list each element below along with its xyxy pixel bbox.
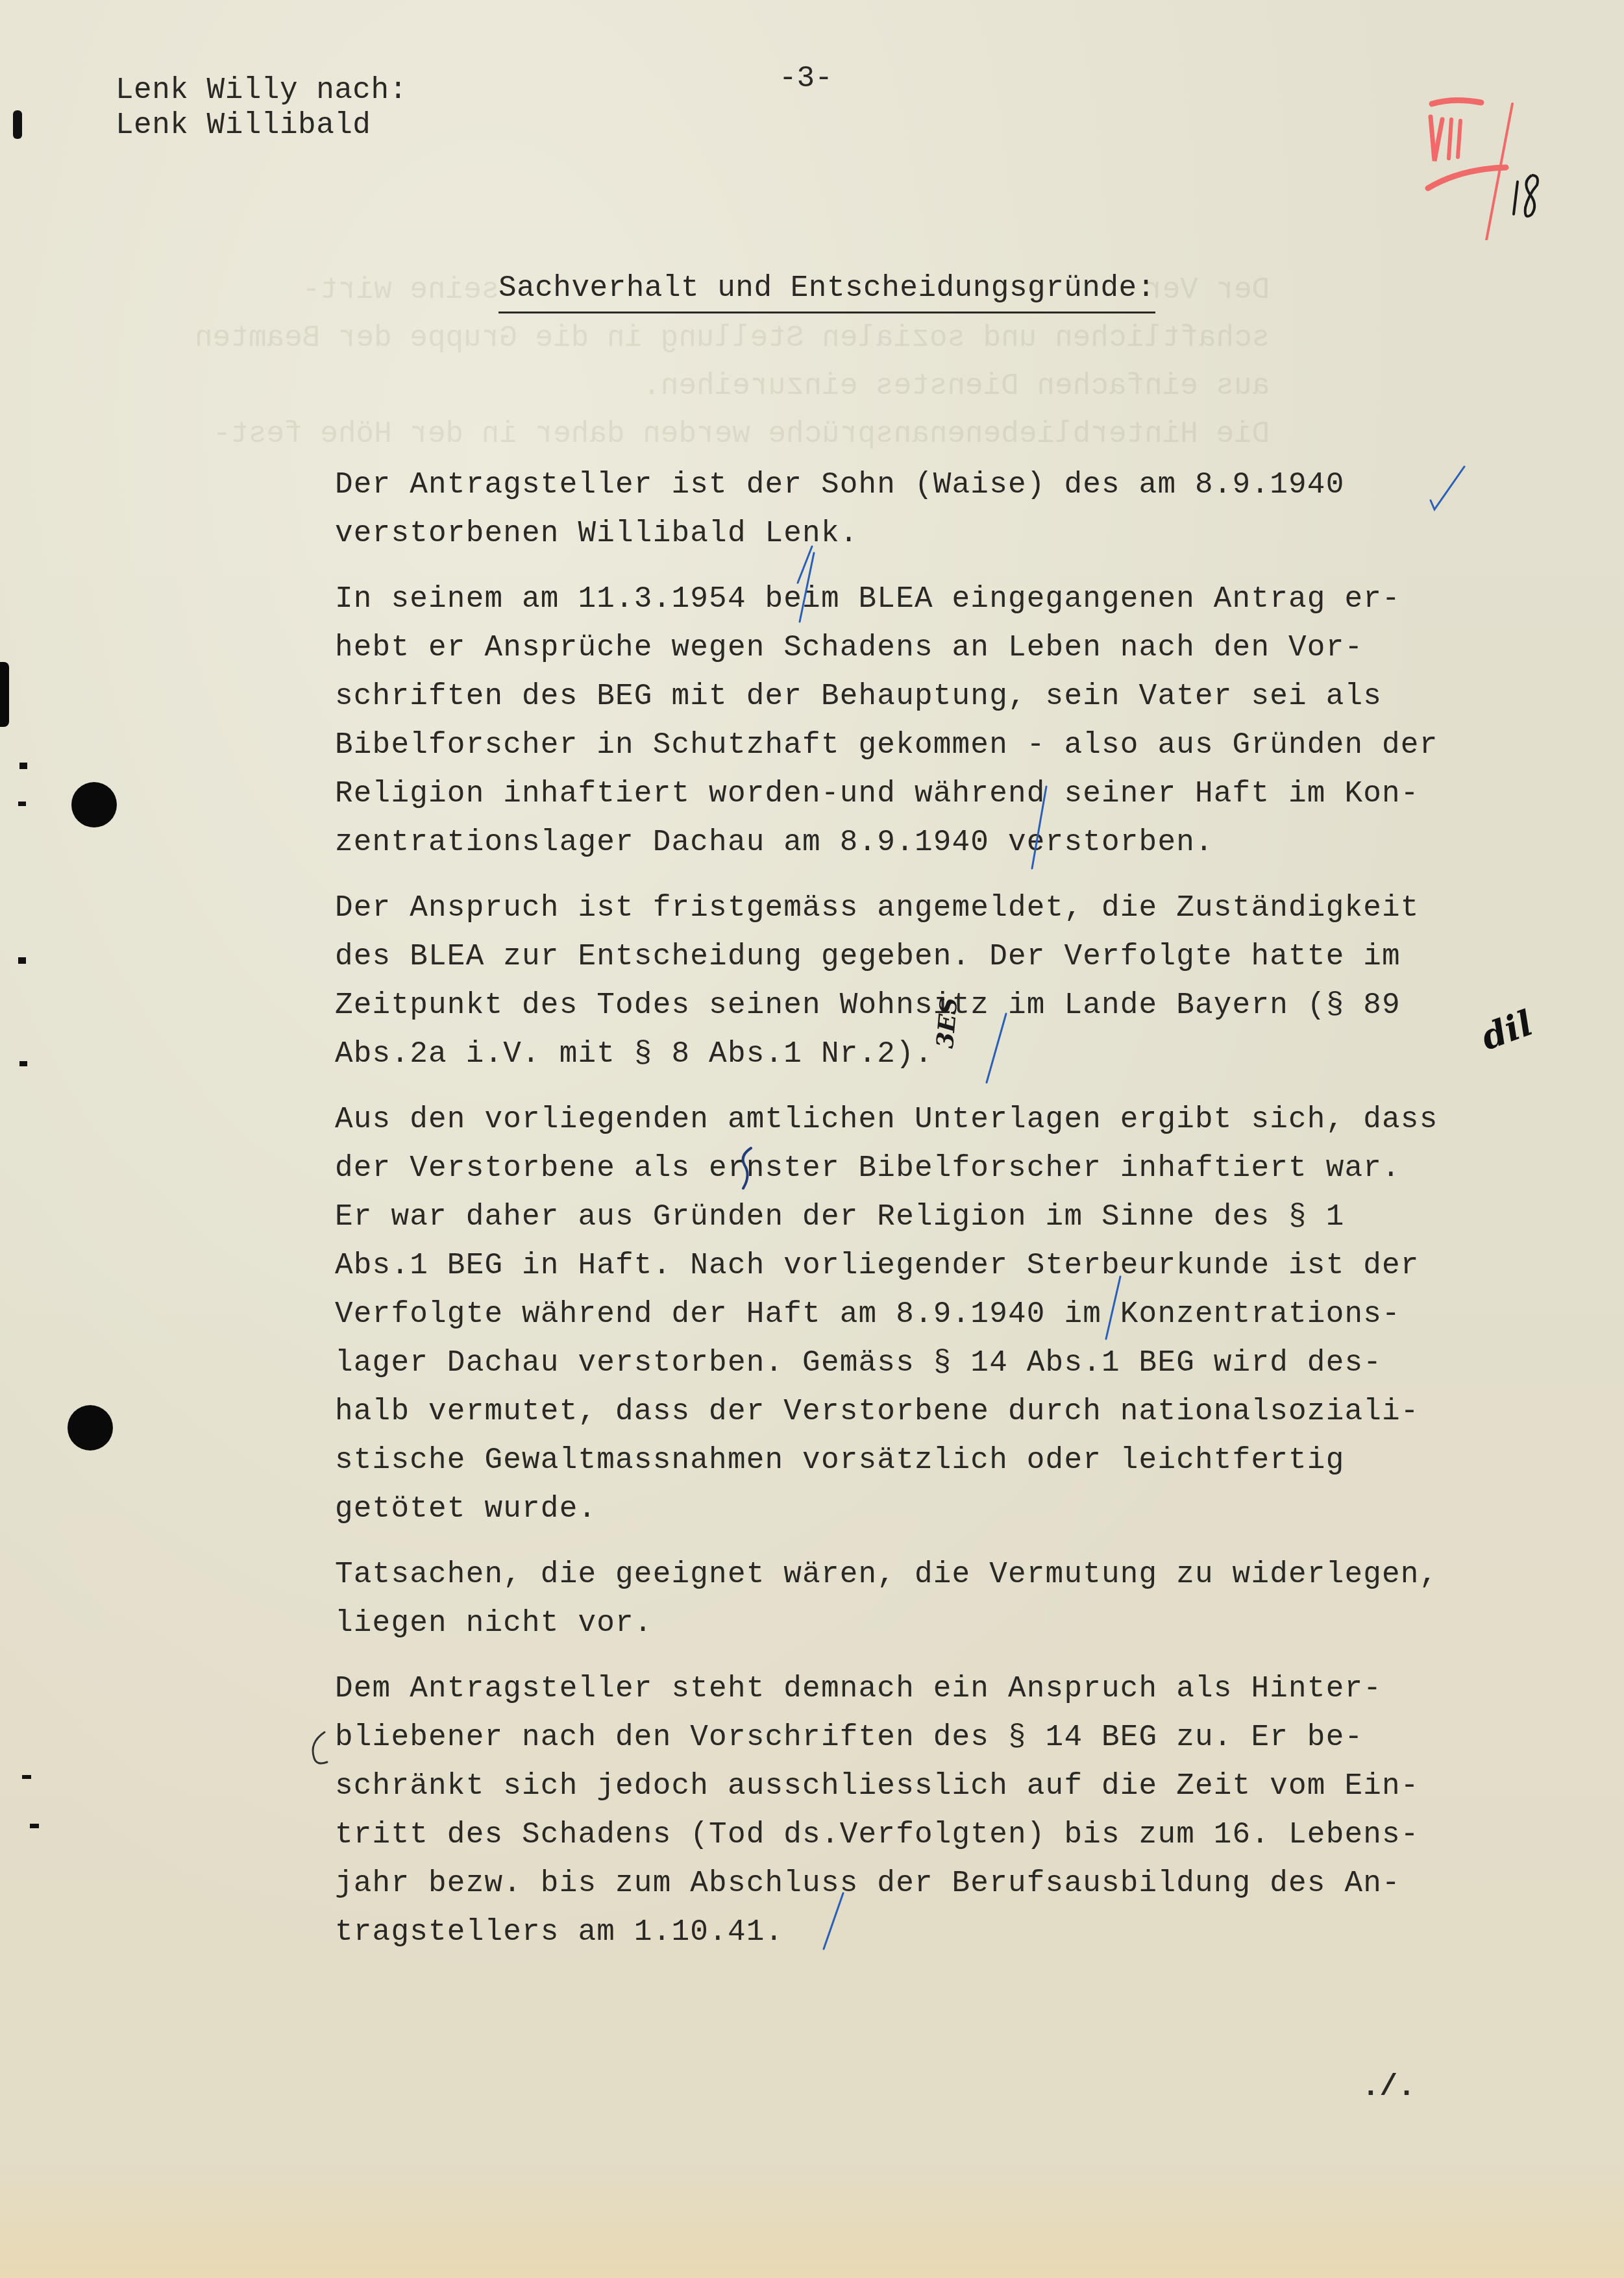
edge-mark: [30, 1824, 39, 1828]
edge-mark: [19, 763, 27, 769]
document-page: Der Ver seine wirt- schaftlichen und soz…: [0, 0, 1624, 2278]
edge-mark: [18, 802, 26, 806]
page-number: -3-: [779, 62, 833, 95]
text-line: Dem Antragsteller steht demnach ein Ansp…: [335, 1665, 1555, 1713]
text-line: Aus den vorliegenden amtlichen Unterlage…: [335, 1096, 1555, 1144]
edge-mark: [22, 1775, 31, 1779]
edge-mark: [13, 110, 22, 139]
continuation-mark: ./.: [1362, 2070, 1416, 2104]
text-line: hebt er Ansprüche wegen Schadens an Lebe…: [335, 624, 1555, 672]
correction-mark-icon: [737, 1145, 756, 1191]
paragraph-applicant: Der Antragsteller ist der Sohn (Waise) d…: [335, 461, 1555, 558]
check-mark-icon: [984, 1012, 1010, 1084]
section-title: Sachverhalt und Entscheidungsgründe:: [498, 271, 1155, 313]
text-line: jahr bezw. bis zum Abschluss der Berufsa…: [335, 1859, 1555, 1908]
text-line: zentrationslager Dachau am 8.9.1940 vers…: [335, 818, 1555, 867]
edge-mark: [18, 957, 26, 964]
folio-annotation-icon: [1409, 91, 1590, 240]
text-line: Der Antragsteller ist der Sohn (Waise) d…: [335, 461, 1555, 509]
check-mark-icon: [797, 552, 817, 623]
text-line: schränkt sich jedoch ausschliesslich auf…: [335, 1762, 1555, 1811]
text-line: tragstellers am 1.10.41.: [335, 1908, 1555, 1957]
paragraph-application: In seinem am 11.3.1954 beim BLEA eingega…: [335, 575, 1555, 867]
text-line: liegen nicht vor.: [335, 1599, 1555, 1648]
header-name-to: Lenk Willibald: [116, 108, 408, 143]
text-line: des BLEA zur Entscheidung gegeben. Der V…: [335, 933, 1555, 981]
paragraph-claim: Dem Antragsteller steht demnach ein Ansp…: [335, 1665, 1555, 1957]
text-line: tritt des Schadens (Tod ds.Verfolgten) b…: [335, 1811, 1555, 1859]
text-line: halb vermutet, dass der Verstorbene durc…: [335, 1388, 1555, 1436]
text-line: bliebener nach den Vorschriften des § 14…: [335, 1713, 1555, 1762]
check-mark-icon: [1029, 785, 1049, 870]
text-line: Bibelforscher in Schutzhaft gekommen - a…: [335, 721, 1555, 770]
text-line: Er war daher aus Gründen der Religion im…: [335, 1193, 1555, 1242]
paragraph-jurisdiction: Der Anspruch ist fristgemäss angemeldet,…: [335, 884, 1555, 1079]
handwritten-insertion: 3ES: [931, 996, 963, 1049]
text-line: getötet wurde.: [335, 1485, 1555, 1534]
text-line: Verfolgte während der Haft am 8.9.1940 i…: [335, 1290, 1555, 1339]
text-line: verstorbenen Willibald Lenk.: [335, 509, 1555, 558]
text-line: der Verstorbene als ernster Bibelforsche…: [335, 1144, 1555, 1193]
check-mark-icon: [821, 1892, 847, 1950]
punch-hole-top: [71, 782, 117, 827]
margin-bracket-icon: [305, 1730, 331, 1769]
text-line: stische Gewaltmassnahmen vorsätzlich ode…: [335, 1436, 1555, 1485]
text-line: schriften des BEG mit der Behauptung, se…: [335, 672, 1555, 721]
paragraph-findings: Aus den vorliegenden amtlichen Unterlage…: [335, 1096, 1555, 1534]
text-line: Religion inhaftiert worden-und während s…: [335, 770, 1555, 818]
page-edge-shadow: [0, 662, 9, 727]
header-name-from: Lenk Willy nach:: [116, 73, 408, 108]
punch-hole-bottom: [68, 1405, 113, 1451]
edge-mark: [19, 1061, 27, 1066]
text-line: Der Anspruch ist fristgemäss angemeldet,…: [335, 884, 1555, 933]
text-line: Tatsachen, die geeignet wären, die Vermu…: [335, 1550, 1555, 1599]
paragraph-facts: Tatsachen, die geeignet wären, die Vermu…: [335, 1550, 1555, 1648]
text-line: Abs.1 BEG in Haft. Nach vorliegender Ste…: [335, 1242, 1555, 1290]
check-mark-icon: [1428, 464, 1467, 516]
text-line: In seinem am 11.3.1954 beim BLEA eingega…: [335, 575, 1555, 624]
document-body: Der Antragsteller ist der Sohn (Waise) d…: [335, 461, 1555, 1974]
document-header: Lenk Willy nach: Lenk Willibald: [116, 73, 408, 143]
text-line: lager Dachau verstorben. Gemäss § 14 Abs…: [335, 1339, 1555, 1388]
check-mark-icon: [1103, 1275, 1123, 1340]
